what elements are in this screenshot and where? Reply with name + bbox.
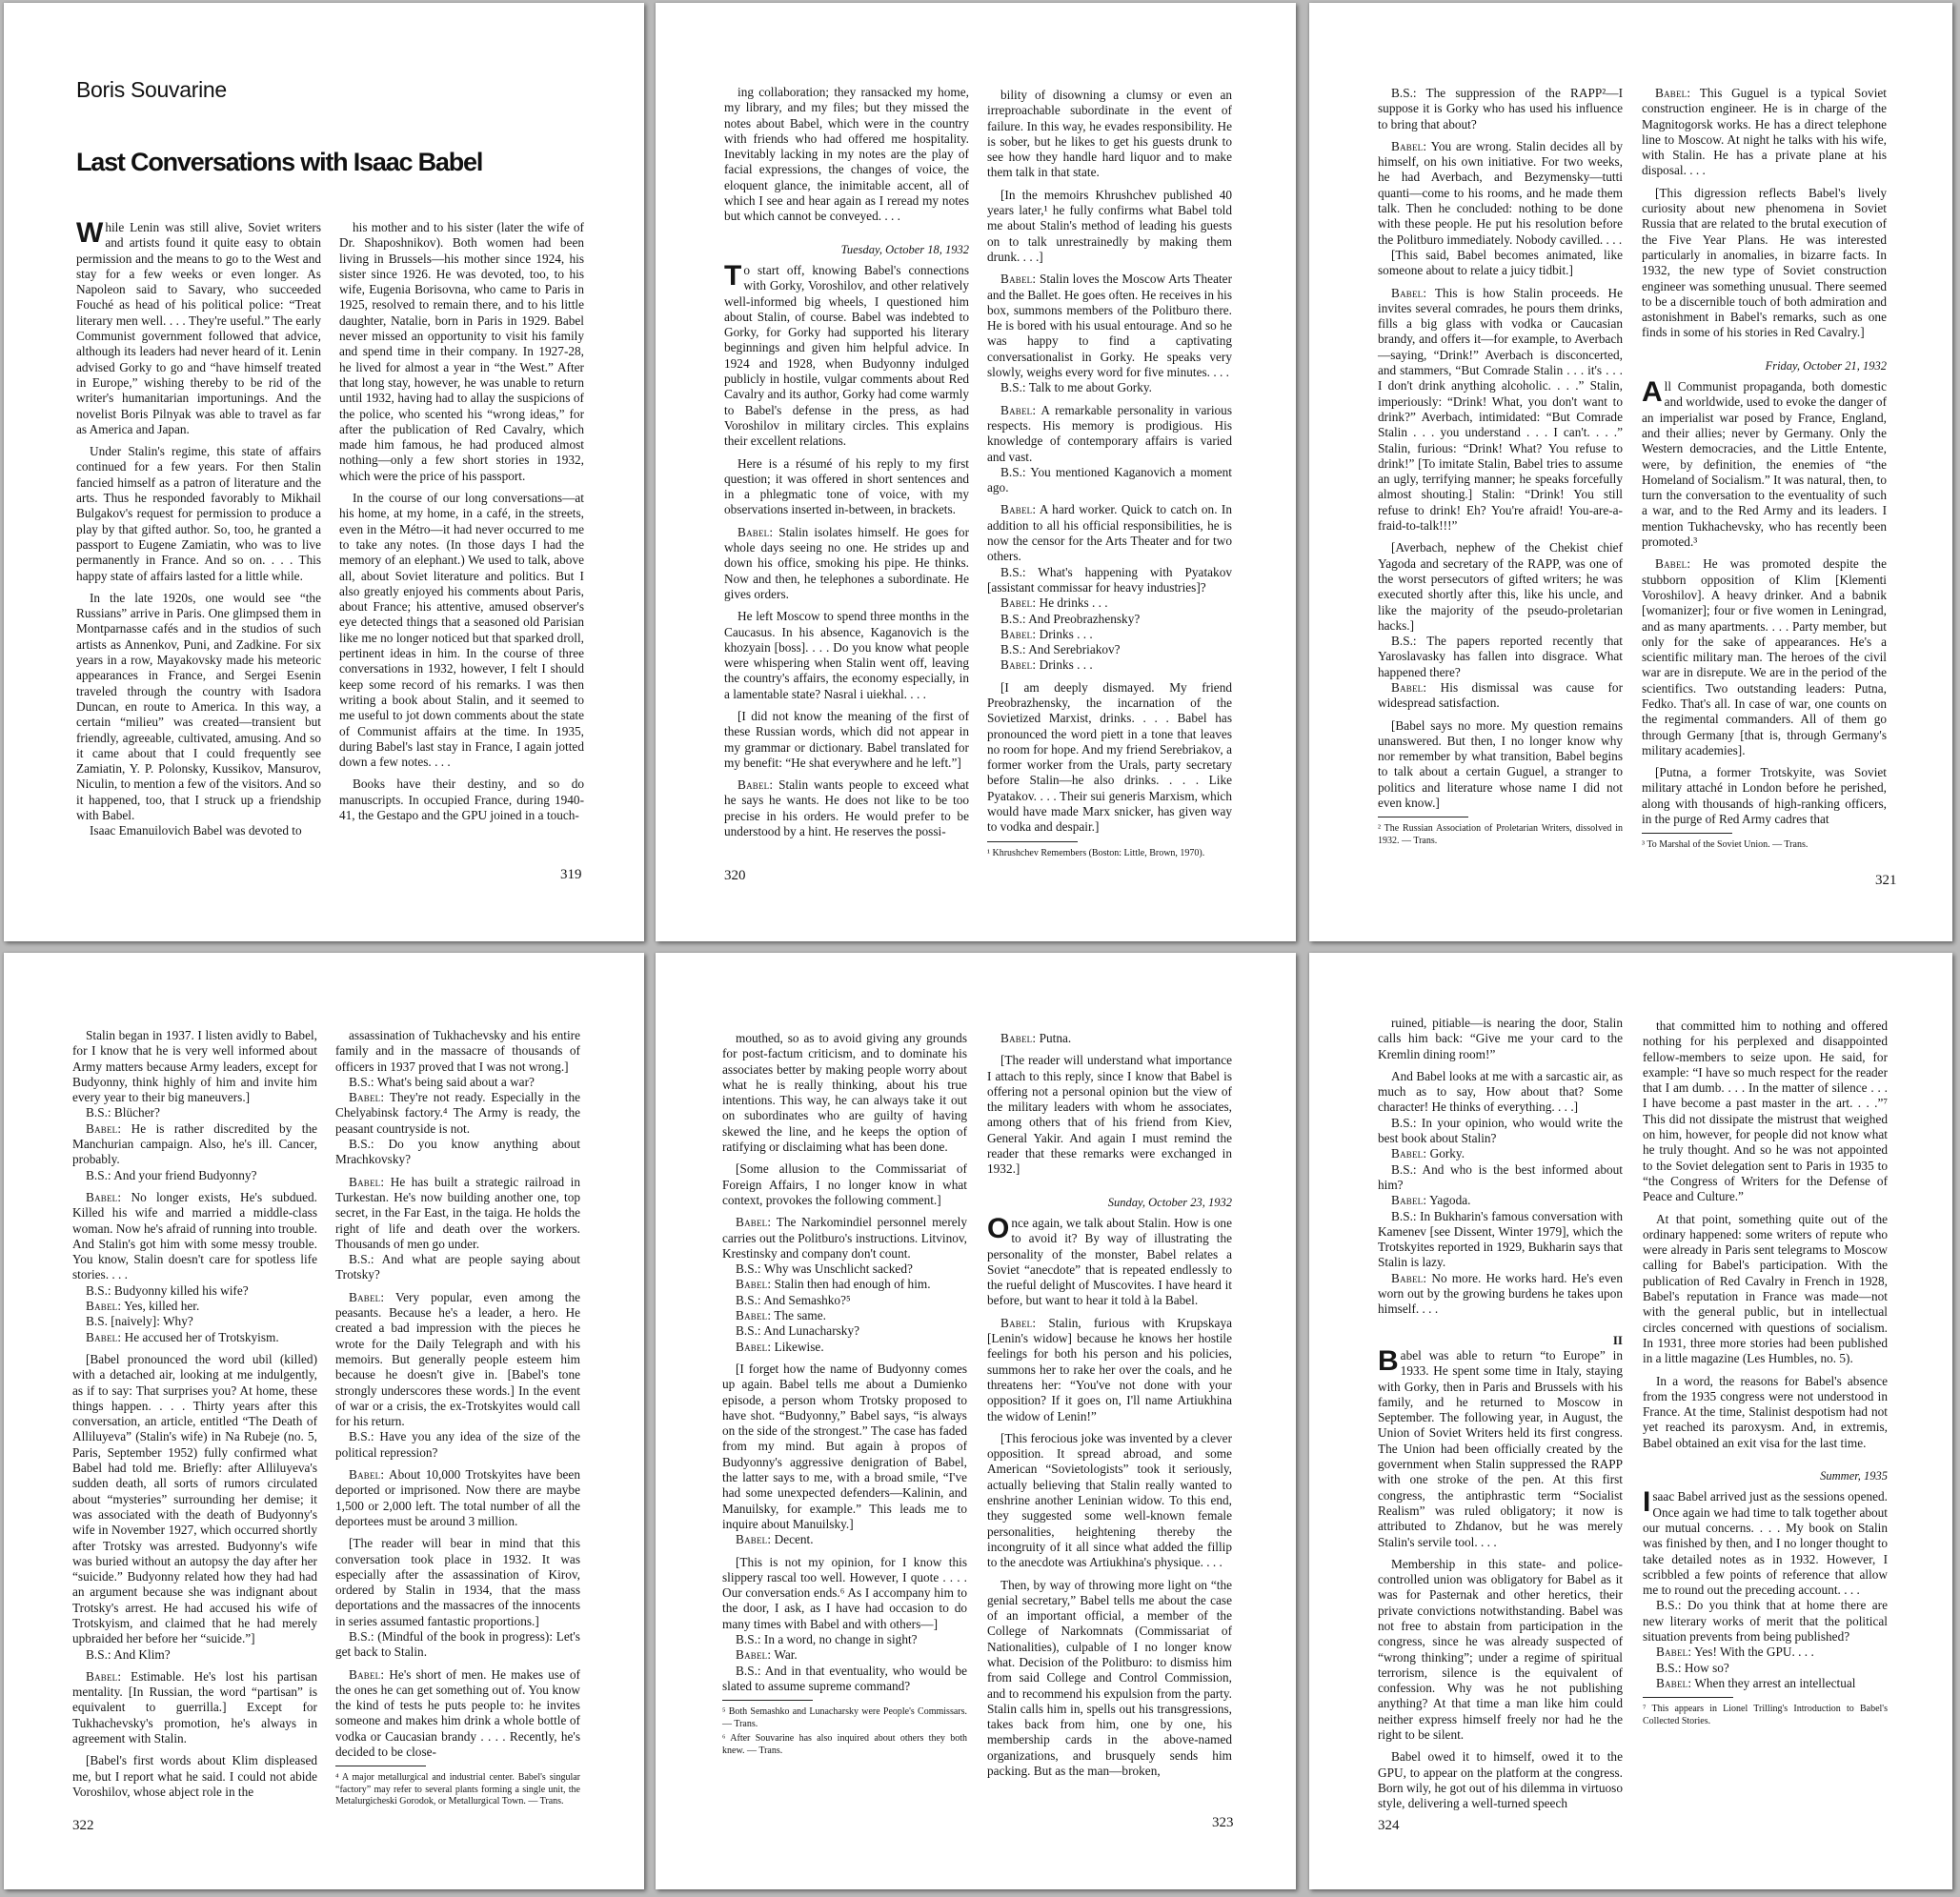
speaker-label: Babel:	[1000, 502, 1036, 516]
footnote-rule	[1378, 817, 1468, 817]
speaker-label: Babel:	[736, 1308, 771, 1322]
paragraph: In a word, the reasons for Babel's absen…	[1643, 1374, 1888, 1451]
paragraph: Babel: Yes! With the GPU. . . .	[1643, 1645, 1888, 1660]
article-title: Last Conversations with Isaac Babel	[76, 148, 482, 177]
paragraph: To start off, knowing Babel's connection…	[724, 263, 969, 450]
paragraph: [The reader will bear in mind that this …	[335, 1536, 580, 1629]
paragraph: B.S.: Do you know anything about Mrachko…	[335, 1137, 580, 1168]
paragraph: Babel: Putna.	[987, 1031, 1232, 1046]
speaker-label: Babel:	[1000, 1316, 1036, 1330]
footnote: ² The Russian Association of Proletarian…	[1378, 823, 1623, 847]
page-322: Stalin began in 1937. I listen avidly to…	[4, 953, 644, 1889]
paragraph: Babel: Stalin then had enough of him.	[722, 1277, 967, 1292]
speaker-label: Babel:	[1391, 680, 1426, 695]
column-right: Babel: This Guguel is a typical Soviet c…	[1642, 86, 1887, 855]
section-number: II	[1378, 1333, 1623, 1348]
speaker-label: Babel:	[1000, 272, 1036, 286]
speaker-label: Babel:	[1000, 1031, 1036, 1045]
paragraph: Babel: The same.	[722, 1308, 967, 1323]
paragraph-block: Babel was able to return “to Europe” in …	[1378, 1348, 1623, 1812]
paragraph: B.S.: And in that eventuality, who would…	[722, 1664, 967, 1695]
page-319: Boris Souvarine Last Conversations with …	[4, 3, 644, 941]
paragraph-block: Babel: Putna.[The reader will understand…	[987, 1031, 1232, 1178]
paragraph: Babel: No longer exists, He's subdued. K…	[72, 1190, 317, 1283]
speaker-label: Babel:	[349, 1090, 384, 1104]
speaker-label: Babel:	[738, 525, 773, 539]
paragraph: Babel: War.	[722, 1647, 967, 1663]
paragraph: Babel: No more. He works hard. He's even…	[1378, 1271, 1623, 1318]
paragraph: [I did not know the meaning of the first…	[724, 709, 969, 771]
column-left: B.S.: The suppression of the RAPP²—I sup…	[1378, 86, 1623, 850]
speaker-label: Babel:	[736, 1647, 771, 1662]
paragraph-block: B.S.: The suppression of the RAPP²—I sup…	[1378, 86, 1623, 811]
page-320: ing collaboration; they ransacked my hom…	[656, 3, 1296, 941]
paragraph: Babel: Stalin wants people to exceed wha…	[724, 777, 969, 839]
speaker-label: Babel:	[86, 1299, 121, 1313]
paragraph: [Some allusion to the Commissariat of Fo…	[722, 1161, 967, 1208]
paragraph: B.S.: How so?	[1643, 1661, 1888, 1676]
paragraph: [Putna, a former Trotskyite, was Soviet …	[1642, 765, 1887, 827]
paragraph: Once again, we talk about Stalin. How is…	[987, 1216, 1232, 1309]
paragraph: Babel: Stalin isolates himself. He goes …	[724, 525, 969, 602]
footnote: ³ To Marshal of the Soviet Union. — Tran…	[1642, 839, 1887, 852]
paragraph: B.S.: And Serebriakov?	[987, 642, 1232, 657]
paragraph: Then, by way of throwing more light on “…	[987, 1578, 1232, 1780]
paragraph: Babel: Likewise.	[722, 1340, 967, 1355]
drop-cap: I	[1643, 1492, 1650, 1513]
speaker-label: Babel:	[1391, 1193, 1426, 1207]
paragraph-block: All Communist propaganda, both domestic …	[1642, 379, 1887, 827]
paragraph: B.S.: Talk to me about Gorky.	[987, 380, 1232, 395]
paragraph: Babel: Very popular, even among the peas…	[335, 1290, 580, 1430]
paragraph: Babel: His dismissal was cause for wides…	[1378, 680, 1623, 712]
drop-cap: A	[1642, 382, 1663, 403]
column-left: While Lenin was still alive, Soviet writ…	[76, 220, 321, 839]
dateline: Summer, 1935	[1643, 1468, 1888, 1483]
speaker-label: Babel:	[1655, 86, 1690, 100]
paragraph: [I forget how the name of Budyonny comes…	[722, 1362, 967, 1532]
author-name: Boris Souvarine	[76, 77, 227, 103]
footnotes: ² The Russian Association of Proletarian…	[1378, 823, 1623, 847]
paragraph: Babel: Yes, killed her.	[72, 1299, 317, 1314]
paragraph: B.S.: And Klim?	[72, 1647, 317, 1663]
speaker-label: Babel:	[349, 1175, 384, 1189]
paragraph: B.S.: Blücher?	[72, 1105, 317, 1120]
paragraph: [Averbach, nephew of the Chekist chief Y…	[1378, 540, 1623, 634]
paragraph: B.S.: And Lunacharsky?	[722, 1323, 967, 1339]
speaker-label: Babel:	[1656, 1645, 1691, 1659]
footnote-rule	[335, 1766, 426, 1766]
paragraph: [I am deeply dismayed. My friend Preobra…	[987, 680, 1232, 836]
paragraph: [Babel says no more. My question remains…	[1378, 718, 1623, 812]
footnotes: ⁴ A major metallurgical and industrial c…	[335, 1772, 580, 1808]
paragraph-block: To start off, knowing Babel's connection…	[724, 263, 969, 839]
paragraph: B.S.: Why was Unschlicht sacked?	[722, 1261, 967, 1277]
paragraph: Babel: He's short of men. He makes use o…	[335, 1667, 580, 1761]
column-right: assassination of Tukhachevsky and his en…	[335, 1028, 580, 1811]
paragraph: B.S.: Do you think that at home there ar…	[1643, 1598, 1888, 1645]
speaker-label: Babel:	[1655, 556, 1690, 571]
speaker-label: Babel:	[1391, 1146, 1426, 1160]
paragraph: And Babel looks at me with a sarcastic a…	[1378, 1069, 1623, 1116]
column-right: his mother and to his sister (later the …	[339, 220, 584, 823]
paragraph: B.S.: The suppression of the RAPP²—I sup…	[1378, 86, 1623, 132]
page-321: B.S.: The suppression of the RAPP²—I sup…	[1309, 3, 1952, 941]
speaker-label: Babel:	[1391, 139, 1426, 153]
paragraph-block: ruined, pitiable—is nearing the door, St…	[1378, 1016, 1623, 1318]
paragraph: Babel: This is how Stalin proceeds. He i…	[1378, 286, 1623, 535]
paragraph: Babel: He drinks . . .	[987, 595, 1232, 611]
paragraph: B.S.: Have you any idea of the size of t…	[335, 1429, 580, 1461]
footnote: ⁷ This appears in Lionel Trilling's Intr…	[1643, 1704, 1888, 1727]
paragraph-block: mouthed, so as to avoid giving any groun…	[722, 1031, 967, 1694]
speaker-label: Babel:	[1391, 1271, 1426, 1285]
paragraph: At that point, something quite out of th…	[1643, 1212, 1888, 1367]
speaker-label: Babel:	[349, 1667, 384, 1682]
column-left: ruined, pitiable—is nearing the door, St…	[1378, 1016, 1623, 1812]
paragraph: Babel: The Narkomindiel personnel merely…	[722, 1215, 967, 1261]
paragraph-block: Once again, we talk about Stalin. How is…	[987, 1216, 1232, 1779]
column-right: bility of disowning a clumsy or even an …	[987, 88, 1232, 862]
footnote: ⁵ Both Semashko and Lunacharsky were Peo…	[722, 1706, 967, 1730]
column-left: ing collaboration; they ransacked my hom…	[724, 85, 969, 839]
paragraph: [This said, Babel becomes animated, like…	[1378, 248, 1623, 279]
paragraph: B.S.: In your opinion, who would write t…	[1378, 1116, 1623, 1147]
paragraph: that committed him to nothing and offere…	[1643, 1019, 1888, 1205]
paragraph: In the late 1920s, one would see “the Ru…	[76, 591, 321, 823]
paragraph: Babel: Yagoda.	[1378, 1193, 1623, 1208]
drop-cap: O	[987, 1219, 1009, 1240]
speaker-label: Babel:	[86, 1669, 121, 1684]
paragraph-block: ing collaboration; they ransacked my hom…	[724, 85, 969, 225]
dateline: Friday, October 21, 1932	[1642, 358, 1887, 373]
page-number: 319	[560, 867, 582, 883]
paragraph: Stalin began in 1937. I listen avidly to…	[72, 1028, 317, 1105]
page-324: ruined, pitiable—is nearing the door, St…	[1309, 953, 1952, 1889]
page-323: mouthed, so as to avoid giving any groun…	[656, 953, 1296, 1889]
speaker-label: Babel:	[1000, 595, 1036, 610]
paragraph: Babel: You are wrong. Stalin decides all…	[1378, 139, 1623, 248]
speaker-label: Babel:	[86, 1330, 121, 1344]
footnotes: ⁷ This appears in Lionel Trilling's Intr…	[1643, 1704, 1888, 1727]
paragraph: Babel: This Guguel is a typical Soviet c…	[1642, 86, 1887, 179]
paragraph: B.S.: And Semashko?⁵	[722, 1293, 967, 1308]
column-right: Babel: Putna.[The reader will understand…	[987, 1031, 1232, 1779]
paragraph: B.S.: In a word, no change in sight?	[722, 1632, 967, 1647]
dateline: Tuesday, October 18, 1932	[724, 242, 969, 257]
paragraph: Babel: Estimable. He's lost his partisan…	[72, 1669, 317, 1746]
footnotes: ⁵ Both Semashko and Lunacharsky were Peo…	[722, 1706, 967, 1757]
paragraph-block: Stalin began in 1937. I listen avidly to…	[72, 1028, 317, 1800]
page-number: 323	[1212, 1815, 1234, 1831]
paragraph: Babel: Drinks . . .	[987, 657, 1232, 673]
paragraph: Babel: Gorky.	[1378, 1146, 1623, 1161]
paragraph: Books have their destiny, and so do manu…	[339, 777, 584, 823]
paragraph: Here is a résumé of his reply to my firs…	[724, 456, 969, 518]
speaker-label: Babel:	[1391, 286, 1426, 300]
paragraph: ing collaboration; they ransacked my hom…	[724, 85, 969, 225]
paragraph: All Communist propaganda, both domestic …	[1642, 379, 1887, 550]
paragraph: B.S.: Budyonny killed his wife?	[72, 1283, 317, 1299]
paragraph: Babel: He accused her of Trotskyism.	[72, 1330, 317, 1345]
page-number: 324	[1378, 1818, 1400, 1834]
paragraph: Under Stalin's regime, this state of aff…	[76, 444, 321, 584]
speaker-label: Babel:	[1000, 627, 1036, 641]
page-number: 322	[72, 1818, 94, 1834]
paragraph: B.S.: What's happening with Pyatakov [as…	[987, 565, 1232, 596]
paragraph: B.S. [naively]: Why?	[72, 1314, 317, 1329]
paragraph: mouthed, so as to avoid giving any groun…	[722, 1031, 967, 1155]
paragraph: B.S.: And what are people saying about T…	[335, 1252, 580, 1283]
paragraph: B.S.: And your friend Budyonny?	[72, 1168, 317, 1183]
paragraph: ruined, pitiable—is nearing the door, St…	[1378, 1016, 1623, 1062]
paragraph-block: assassination of Tukhachevsky and his en…	[335, 1028, 580, 1760]
column-left: Stalin began in 1937. I listen avidly to…	[72, 1028, 317, 1800]
footnote: ⁴ A major metallurgical and industrial c…	[335, 1772, 580, 1808]
paragraph: In the course of our long conversations—…	[339, 491, 584, 770]
paragraph: Babel: He is rather discredited by the M…	[72, 1121, 317, 1168]
column-right: that committed him to nothing and offere…	[1643, 1019, 1888, 1730]
paragraph: Babel: He has built a strategic railroad…	[335, 1175, 580, 1252]
paragraph: [Babel pronounced the word ubil (killed)…	[72, 1352, 317, 1647]
paragraph: Babel: When they arrest an intellectual	[1643, 1676, 1888, 1691]
drop-cap: W	[76, 223, 103, 244]
paragraph-block: that committed him to nothing and offere…	[1643, 1019, 1888, 1451]
paragraph: [This ferocious joke was invented by a c…	[987, 1431, 1232, 1571]
footnote: ⁶ After Souvarine has also inquired abou…	[722, 1733, 967, 1757]
page-number: 320	[724, 868, 746, 884]
speaker-label: Babel:	[736, 1277, 771, 1291]
speaker-label: Babel:	[349, 1467, 384, 1482]
paragraph: B.S.: The papers reported recently that …	[1378, 634, 1623, 680]
paragraph-block: Isaac Babel arrived just as the sessions…	[1643, 1489, 1888, 1691]
speaker-label: Babel:	[1000, 403, 1036, 417]
paragraph: [The reader will understand what importa…	[987, 1053, 1232, 1177]
paragraph: Babel: A remarkable personality in vario…	[987, 403, 1232, 465]
paragraph-block: Babel: This Guguel is a typical Soviet c…	[1642, 86, 1887, 341]
footnote: ¹ Khrushchev Remembers (Boston: Little, …	[987, 848, 1232, 860]
paragraph: B.S.: (Mindful of the book in progress):…	[335, 1629, 580, 1661]
paragraph: Isaac Babel arrived just as the sessions…	[1643, 1489, 1888, 1598]
paragraph: B.S.: In Bukharin's famous conversation …	[1378, 1209, 1623, 1271]
dateline: Sunday, October 23, 1932	[987, 1195, 1232, 1210]
speaker-label: Babel:	[736, 1340, 771, 1354]
speaker-label: Babel:	[738, 777, 773, 792]
paragraph: his mother and to his sister (later the …	[339, 220, 584, 484]
page-number: 321	[1875, 873, 1897, 889]
paragraph: Babel: He was promoted despite the stubb…	[1642, 556, 1887, 758]
paragraph: Babel: Stalin loves the Moscow Arts Thea…	[987, 272, 1232, 380]
speaker-label: Babel:	[736, 1215, 771, 1229]
paragraph: Babel: Drinks . . .	[987, 627, 1232, 642]
footnote-rule	[722, 1700, 813, 1701]
footnotes: ¹ Khrushchev Remembers (Boston: Little, …	[987, 848, 1232, 860]
footnote-rule	[1642, 833, 1732, 834]
paragraph: Babel: Decent.	[722, 1532, 967, 1547]
paragraph: bility of disowning a clumsy or even an …	[987, 88, 1232, 181]
paragraph: Babel owed it to himself, owed it to the…	[1378, 1749, 1623, 1811]
paragraph: B.S.: And who is the best informed about…	[1378, 1162, 1623, 1194]
paragraph: B.S.: What's being said about a war?	[335, 1075, 580, 1090]
paragraph: B.S.: You mentioned Kaganovich a moment …	[987, 465, 1232, 496]
paragraph: Babel: A hard worker. Quick to catch on.…	[987, 502, 1232, 564]
footnote-rule	[987, 841, 1078, 842]
paragraph: He left Moscow to spend three months in …	[724, 609, 969, 702]
paragraph: [In the memoirs Khrushchev published 40 …	[987, 188, 1232, 265]
column-left: mouthed, so as to avoid giving any groun…	[722, 1031, 967, 1760]
footnote-rule	[1643, 1697, 1733, 1698]
paragraph: B.S.: And Preobrazhensky?	[987, 612, 1232, 627]
paragraph: While Lenin was still alive, Soviet writ…	[76, 220, 321, 437]
speaker-label: Babel:	[86, 1121, 121, 1136]
paragraph: Babel was able to return “to Europe” in …	[1378, 1348, 1623, 1550]
paragraph: [This is not my opinion, for I know this…	[722, 1555, 967, 1632]
paragraph: Isaac Emanuilovich Babel was devoted to	[76, 823, 321, 838]
drop-cap: B	[1378, 1351, 1399, 1372]
paragraph-block: bility of disowning a clumsy or even an …	[987, 88, 1232, 836]
paragraph: assassination of Tukhachevsky and his en…	[335, 1028, 580, 1075]
paragraph: [This digression reflects Babel's lively…	[1642, 186, 1887, 341]
drop-cap: T	[724, 266, 741, 287]
paragraph: Babel: Stalin, furious with Krupskaya [L…	[987, 1316, 1232, 1424]
paragraph: Babel: About 10,000 Trotskyites have bee…	[335, 1467, 580, 1529]
paragraph: Membership in this state- and police-con…	[1378, 1557, 1623, 1744]
speaker-label: Babel:	[86, 1190, 121, 1204]
paragraph: [Babel's first words about Klim displeas…	[72, 1753, 317, 1800]
paragraph: Babel: They're not ready. Especially in …	[335, 1090, 580, 1137]
speaker-label: Babel:	[1656, 1676, 1691, 1690]
speaker-label: Babel:	[349, 1290, 384, 1304]
speaker-label: Babel:	[1000, 657, 1036, 672]
footnotes: ³ To Marshal of the Soviet Union. — Tran…	[1642, 839, 1887, 852]
speaker-label: Babel:	[736, 1532, 771, 1546]
